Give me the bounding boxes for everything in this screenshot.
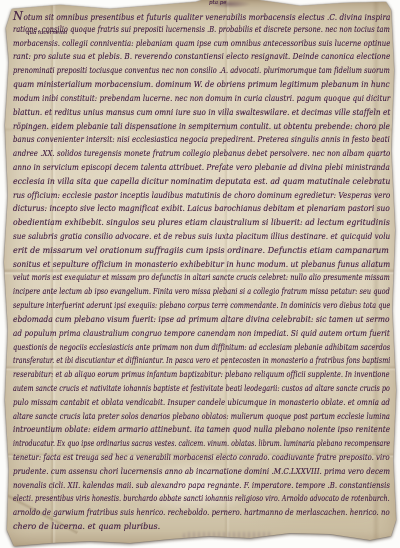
- parchment: pta pe qua lucernensi Notum sit omnibus …: [0, 0, 400, 548]
- manuscript-line: sonitus et sepulture officium in monaste…: [13, 258, 364, 272]
- manuscript-line: ad populum prima claustralium congruo te…: [13, 327, 352, 341]
- interlinear-note-top: pta pe: [209, 0, 227, 6]
- manuscript-line: pulo missam cantabit et oblata vendicabi…: [13, 396, 342, 410]
- manuscript-line: erit de missarum vel orationum suffragii…: [13, 244, 390, 258]
- manuscript-line: introducatur. Ex quo ipse ordinarius sac…: [13, 437, 308, 451]
- manuscript-line: banus convenienter intersit: nisi eccles…: [13, 133, 344, 147]
- manuscript-line: velut moris est exequiatur et missam pro…: [13, 271, 318, 285]
- scanned-page: pta pe qua lucernensi Notum sit omnibus …: [0, 0, 400, 548]
- manuscript-line: tenetur: facta est treuga sed hec a vene…: [13, 451, 334, 465]
- manuscript-line: ecclesia in villa sita que capella dicit…: [13, 175, 378, 189]
- manuscript-text: Notum sit omnibus presentibus et futuris…: [13, 9, 390, 534]
- manuscript-line: andree .XX. solidos turegensis monete fr…: [13, 147, 341, 161]
- manuscript-line: röpingen. eidem plebanie tali dispensati…: [13, 120, 355, 134]
- manuscript-line: sue salubris gratia consilio advocare. e…: [13, 230, 354, 244]
- manuscript-line: questionis de negociis ecclesiasticis an…: [13, 341, 320, 355]
- manuscript-line: novenalis cicli. XII. kalendas maii. sub…: [13, 479, 337, 493]
- manuscript-line: quam ministerialium morbacensium. dominu…: [13, 78, 364, 92]
- manuscript-line: incipere ante lectum ab ipso evangelium.…: [13, 285, 320, 299]
- manuscript-line: Notum sit omnibus presentibus et futuris…: [13, 9, 355, 23]
- manuscript-line: reserabitur: et ab aliquo eorum primus i…: [13, 368, 323, 382]
- manuscript-line: morbacensis. collegii conniventia: pleba…: [13, 37, 338, 51]
- manuscript-line: dicturus: incepto sive lecto magnificat …: [13, 202, 362, 216]
- ink-show-through: [183, 532, 273, 541]
- manuscript-line: obedientiam exhibebit. singulos seu plur…: [13, 216, 377, 230]
- manuscript-line: ebdomada cum plebano visum fuerit: ipse …: [13, 313, 367, 327]
- manuscript-line: rus officium: ecclesie pastor inceptis l…: [13, 189, 353, 203]
- manuscript-line: anno in servicium episcopi decem talenta…: [13, 161, 353, 175]
- manuscript-line: modum inibi constituit: prebendam lucern…: [13, 92, 345, 106]
- manuscript-line: altare sancte crucis lata preter solos d…: [13, 410, 327, 424]
- manuscript-line: arnoldo de garwium fratribus suis henric…: [13, 506, 339, 520]
- manuscript-line: blattun. et reditus unius mansus cum omn…: [13, 106, 356, 120]
- manuscript-line: introeuntium oblate: eidem armario attin…: [13, 423, 359, 437]
- manuscript-line: electi. presentibus viris honestis. burc…: [13, 492, 313, 506]
- manuscript-line: prenominati prepositi tociusque conventu…: [13, 64, 327, 78]
- manuscript-line: autem sancte crucis et nativitate iohann…: [13, 382, 315, 396]
- manuscript-line: rant: pro salute sua et plebis. B. rever…: [13, 50, 353, 64]
- manuscript-line: transferatur. et ibi discutiantur et dif…: [13, 354, 313, 368]
- manuscript-line: prudente. cum assensu chori lucernensis …: [13, 465, 347, 479]
- manuscript-line: ratione. consilio quoque fratris sui pre…: [13, 23, 327, 37]
- manuscript-line: sepulture interfuerint aderunt ipsi exeq…: [13, 299, 314, 313]
